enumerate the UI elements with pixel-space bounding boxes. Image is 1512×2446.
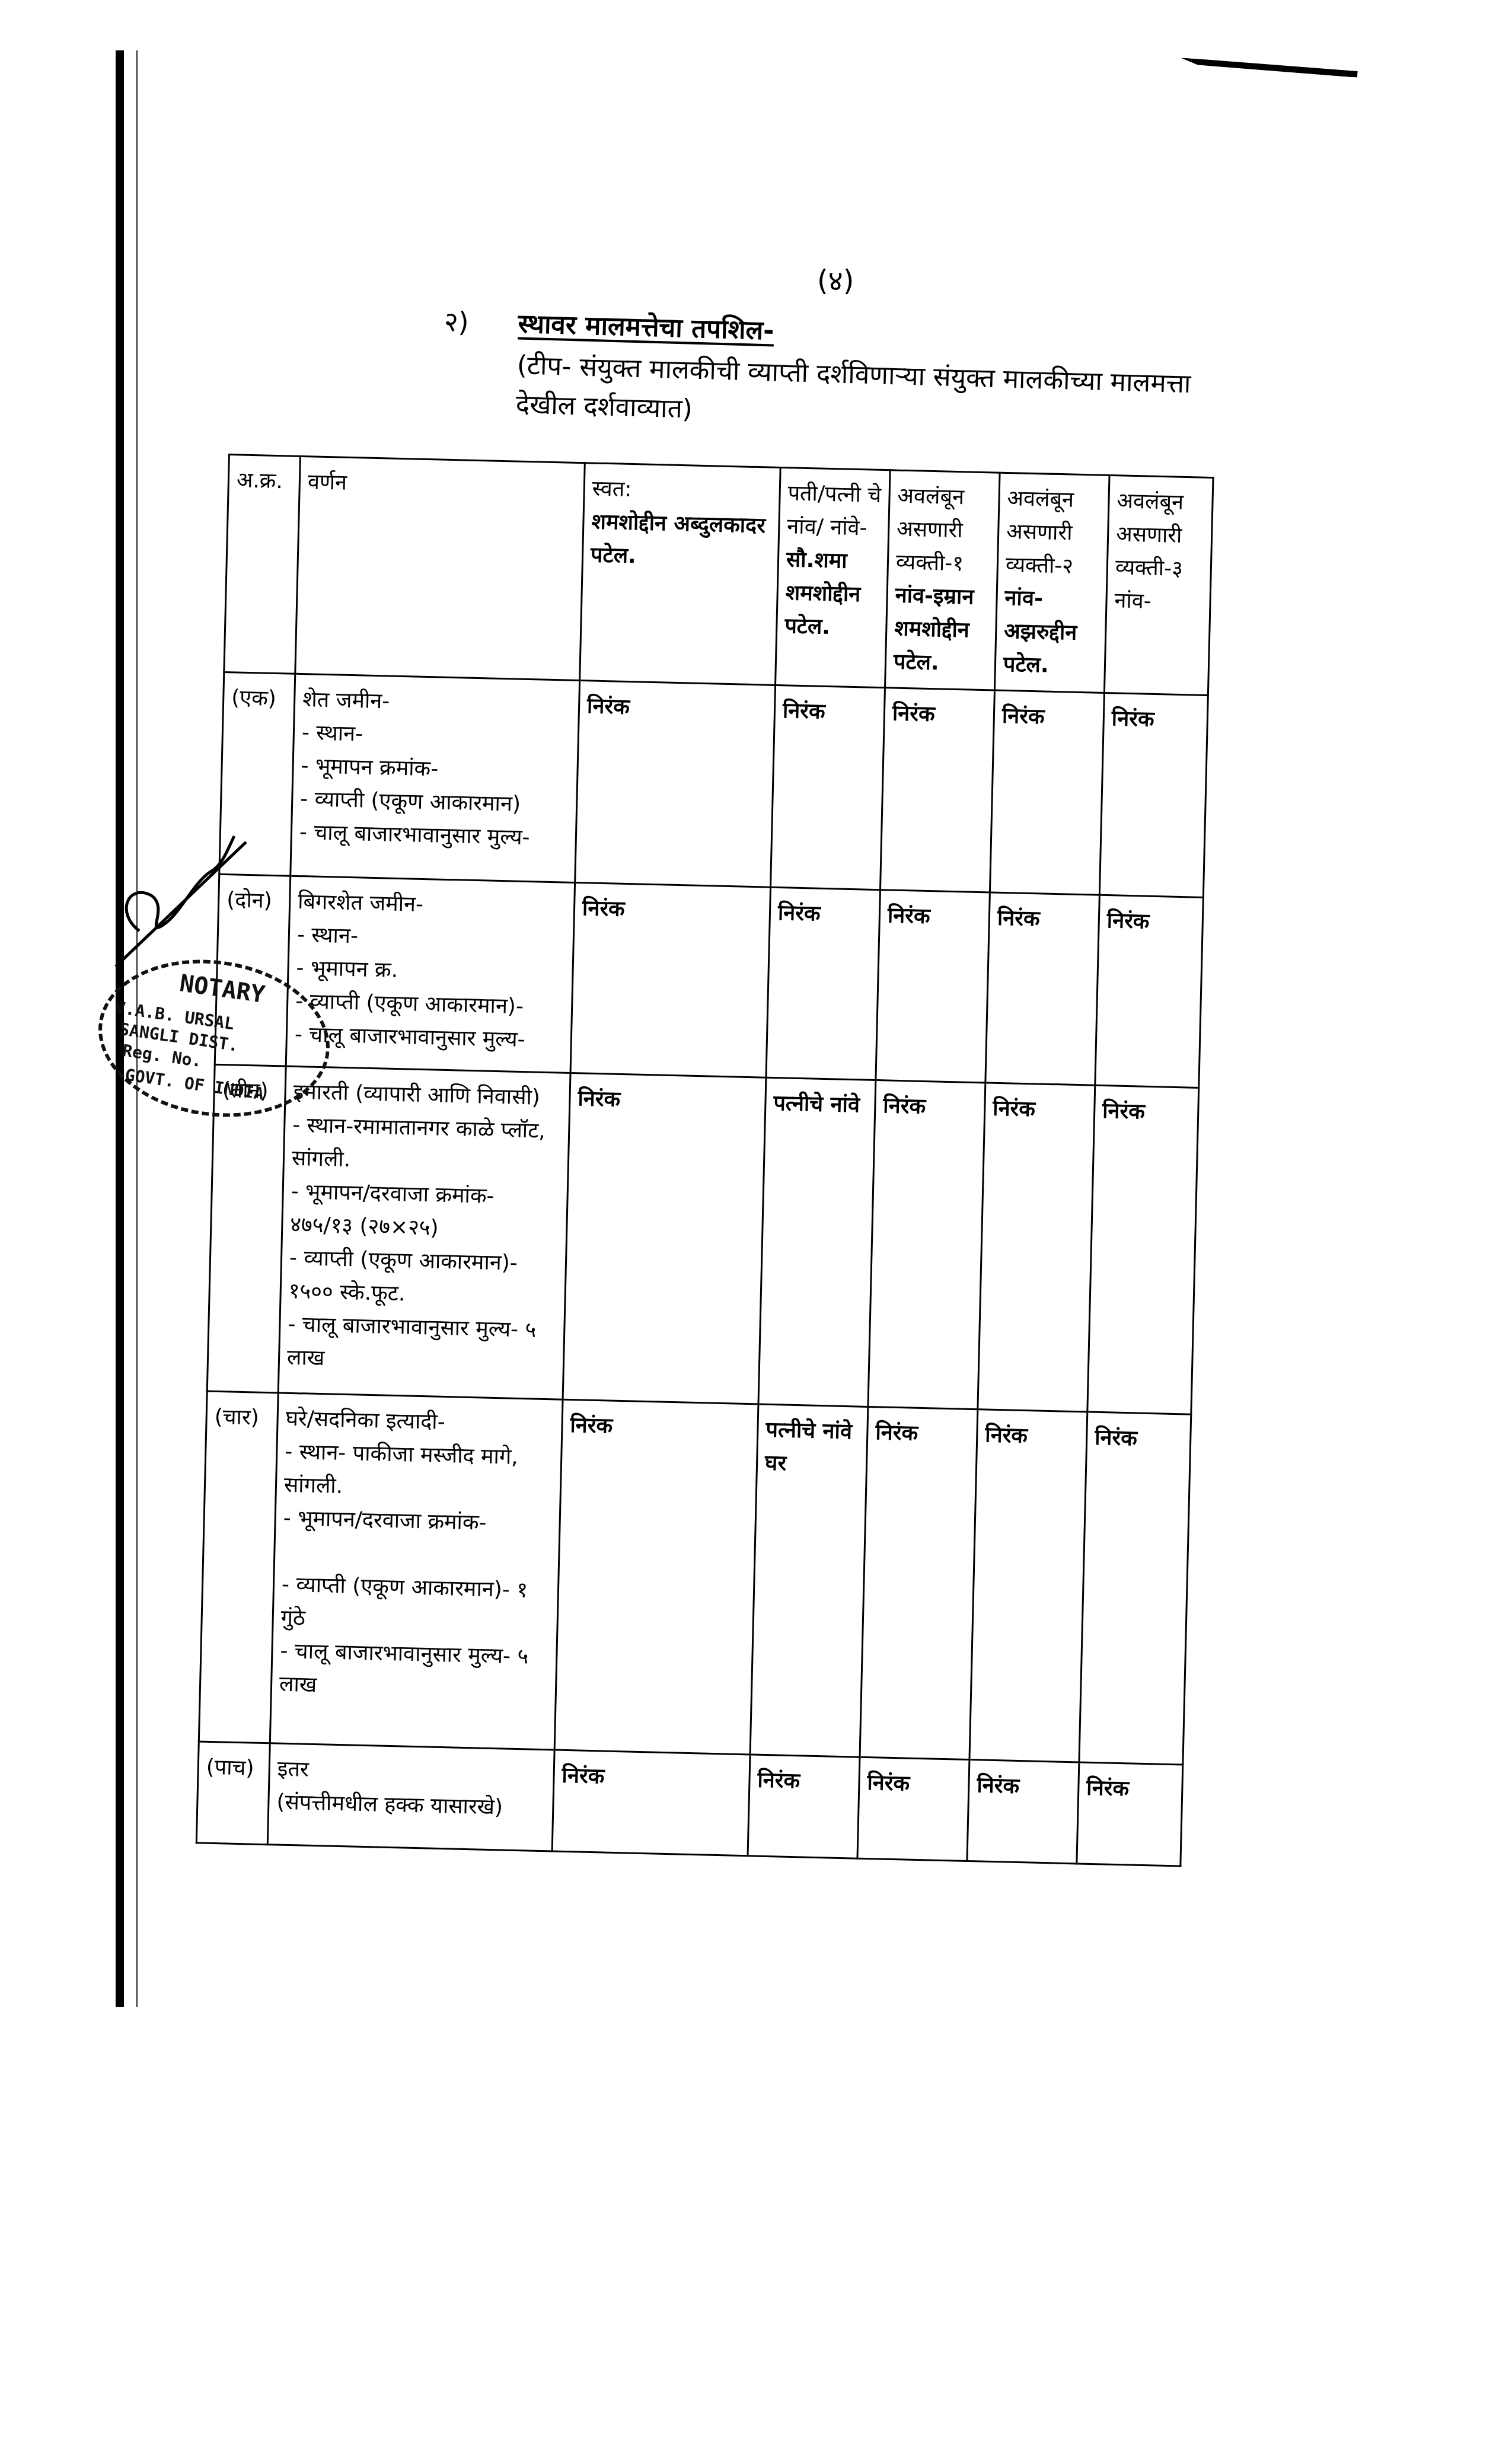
section-note: (टीप- संयुक्त मालकीची व्याप्ती दर्शविणाऱ… bbox=[515, 346, 1258, 445]
desc-line: - चालू बाजारभावानुसार मुल्य- ५ लाख bbox=[279, 1635, 549, 1708]
desc-line: - भूमापन/दरवाजा क्रमांक- ४७५/१३ (२७×२५) bbox=[290, 1175, 560, 1248]
cell-dependent-1: निरंक bbox=[860, 1407, 978, 1759]
table-row: (एक) शेत जमीन- - स्थान- - भूमापन क्रमांक… bbox=[219, 672, 1208, 897]
header-dependent-2: अवलंबून असणारी व्यक्ती-२ नांव- अझरुद्दीन… bbox=[994, 473, 1109, 693]
table-row: (तीन) इमारती (व्यापारी आणि निवासी) - स्थ… bbox=[207, 1064, 1199, 1414]
header-self-label: स्वत: bbox=[592, 472, 772, 509]
section-title: स्थावर मालमत्तेचा तपशिल- bbox=[518, 304, 774, 347]
cell-dependent-3: निरंक bbox=[1099, 693, 1208, 897]
cell-self: निरंक bbox=[552, 1750, 750, 1856]
cell-dependent-1: निरंक bbox=[880, 688, 994, 892]
cell-dependent-3: निरंक bbox=[1087, 1085, 1199, 1414]
immovable-property-table: अ.क्र. वर्णन स्वत: शमशोद्दीन अब्दुलकादर … bbox=[196, 454, 1214, 1867]
cell-self: निरंक bbox=[554, 1399, 758, 1755]
header-dependent-3: अवलंबून असणारी व्यक्ती-३ नांव- bbox=[1104, 476, 1213, 696]
header-dependent-2-name: नांव- अझरुद्दीन पटेल. bbox=[1003, 582, 1099, 684]
cell-dependent-2: निरंक bbox=[967, 1760, 1079, 1864]
cell-self: निरंक bbox=[563, 1073, 766, 1404]
stamp-line: GOVT. OF INDIA bbox=[124, 1065, 265, 1104]
row-description: इतर (संपत्तीमधील हक्क यासारखे) bbox=[267, 1743, 554, 1851]
cell-self: निरंक bbox=[575, 681, 776, 888]
header-self: स्वत: शमशोद्दीन अब्दुलकादर पटेल. bbox=[580, 463, 781, 685]
cell-dependent-3: निरंक bbox=[1079, 1412, 1191, 1765]
cell-dependent-1: निरंक bbox=[868, 1080, 985, 1409]
header-dependent-1-name: नांव-इम्रान शमशोद्दीन पटेल. bbox=[893, 579, 989, 681]
header-dependent-3-label: अवलंबून असणारी व्यक्ती-३ bbox=[1115, 484, 1205, 586]
header-dependent-1: अवलंबून असणारी व्यक्ती-१ नांव-इम्रान शमश… bbox=[885, 470, 1000, 690]
row-sr: (पाच) bbox=[196, 1742, 270, 1845]
row-sr: (चार) bbox=[199, 1391, 278, 1743]
desc-line: (संपत्तीमधील हक्क यासारखे) bbox=[276, 1786, 546, 1826]
desc-line: - चालू बाजारभावानुसार मुल्य- bbox=[294, 1018, 563, 1058]
cell-dependent-2: निरंक bbox=[985, 892, 1100, 1085]
header-dependent-3-name: नांव- bbox=[1114, 584, 1202, 619]
header-description: वर्णन bbox=[295, 456, 585, 680]
table-header-row: अ.क्र. वर्णन स्वत: शमशोद्दीन अब्दुलकादर … bbox=[224, 455, 1213, 696]
cell-spouse: निरंक bbox=[771, 685, 885, 889]
cell-dependent-3: निरंक bbox=[1095, 895, 1204, 1088]
header-spouse: पती/पत्नी चे नांव/ नांवे- सौ.शमा शमशोद्द… bbox=[776, 467, 891, 687]
stamp-line: NOTARY bbox=[178, 970, 266, 1009]
table-row: (दोन) बिगरशेत जमीन- - स्थान- - भूमापन क्… bbox=[215, 874, 1203, 1088]
row-description: इमारती (व्यापारी आणि निवासी) - स्थान-रमा… bbox=[278, 1066, 570, 1399]
section-heading: २) स्थावर मालमत्तेचा तपशिल- (टीप- संयुक्… bbox=[445, 296, 1274, 320]
cell-spouse: निरंक bbox=[748, 1755, 860, 1858]
desc-line: - व्याप्ती (एकूण आकारमान)- १ गुंठे bbox=[280, 1568, 551, 1641]
desc-line: - स्थान-रमामातानगर काळे प्लॉट, सांगली. bbox=[291, 1109, 562, 1182]
cell-dependent-1: निरंक bbox=[857, 1757, 969, 1861]
header-sr: अ.क्र. bbox=[224, 455, 301, 674]
cell-dependent-2: निरंक bbox=[978, 1083, 1095, 1412]
header-self-name: शमशोद्दीन अब्दुलकादर पटेल. bbox=[590, 505, 771, 576]
row-description: शेत जमीन- - स्थान- - भूमापन क्रमांक- - व… bbox=[291, 674, 580, 882]
section-number: २) bbox=[444, 302, 470, 340]
page-number: (४) bbox=[817, 261, 854, 299]
desc-line: - भूमापन/दरवाजा क्रमांक- bbox=[283, 1502, 552, 1542]
desc-line: - व्याप्ती (एकूण आकारमान)- १५०० स्के.फूट… bbox=[288, 1242, 559, 1315]
row-description: घरे/सदनिका इत्यादी- - स्थान- पाकीजा मस्ज… bbox=[270, 1393, 563, 1750]
cell-self: निरंक bbox=[570, 882, 770, 1077]
cell-dependent-1: निरंक bbox=[876, 890, 990, 1083]
scan-artifact-mark bbox=[1180, 58, 1358, 78]
cell-dependent-2: निरंक bbox=[969, 1409, 1087, 1762]
table-row: (चार) घरे/सदनिका इत्यादी- - स्थान- पाकीज… bbox=[199, 1391, 1191, 1765]
header-dependent-1-label: अवलंबून असणारी व्यक्ती-१ bbox=[895, 480, 991, 582]
desc-line: - चालू बाजारभावानुसार मुल्य- bbox=[299, 816, 568, 856]
cell-dependent-2: निरंक bbox=[990, 690, 1104, 895]
desc-line: - स्थान- पाकीजा मस्जीद मागे, सांगली. bbox=[283, 1436, 554, 1509]
header-spouse-label: पती/पत्नी चे नांव/ नांवे- bbox=[787, 477, 882, 546]
cell-dependent-3: निरंक bbox=[1077, 1762, 1183, 1866]
cell-spouse: पत्नीचे नांवे bbox=[758, 1077, 876, 1407]
cell-spouse: निरंक bbox=[766, 887, 881, 1080]
header-dependent-2-label: अवलंबून असणारी व्यक्ती-२ bbox=[1005, 482, 1101, 584]
cell-spouse: पत्नीचे नांवे घर bbox=[750, 1404, 868, 1757]
header-spouse-name: सौ.शमा शमशोद्दीन पटेल. bbox=[784, 543, 881, 645]
signature-icon bbox=[104, 830, 258, 978]
desc-line: - चालू बाजारभावानुसार मुल्य- ५ लाख bbox=[286, 1308, 557, 1381]
immovable-property-table-wrap: अ.क्र. वर्णन स्वत: शमशोद्दीन अब्दुलकादर … bbox=[196, 454, 1214, 1867]
